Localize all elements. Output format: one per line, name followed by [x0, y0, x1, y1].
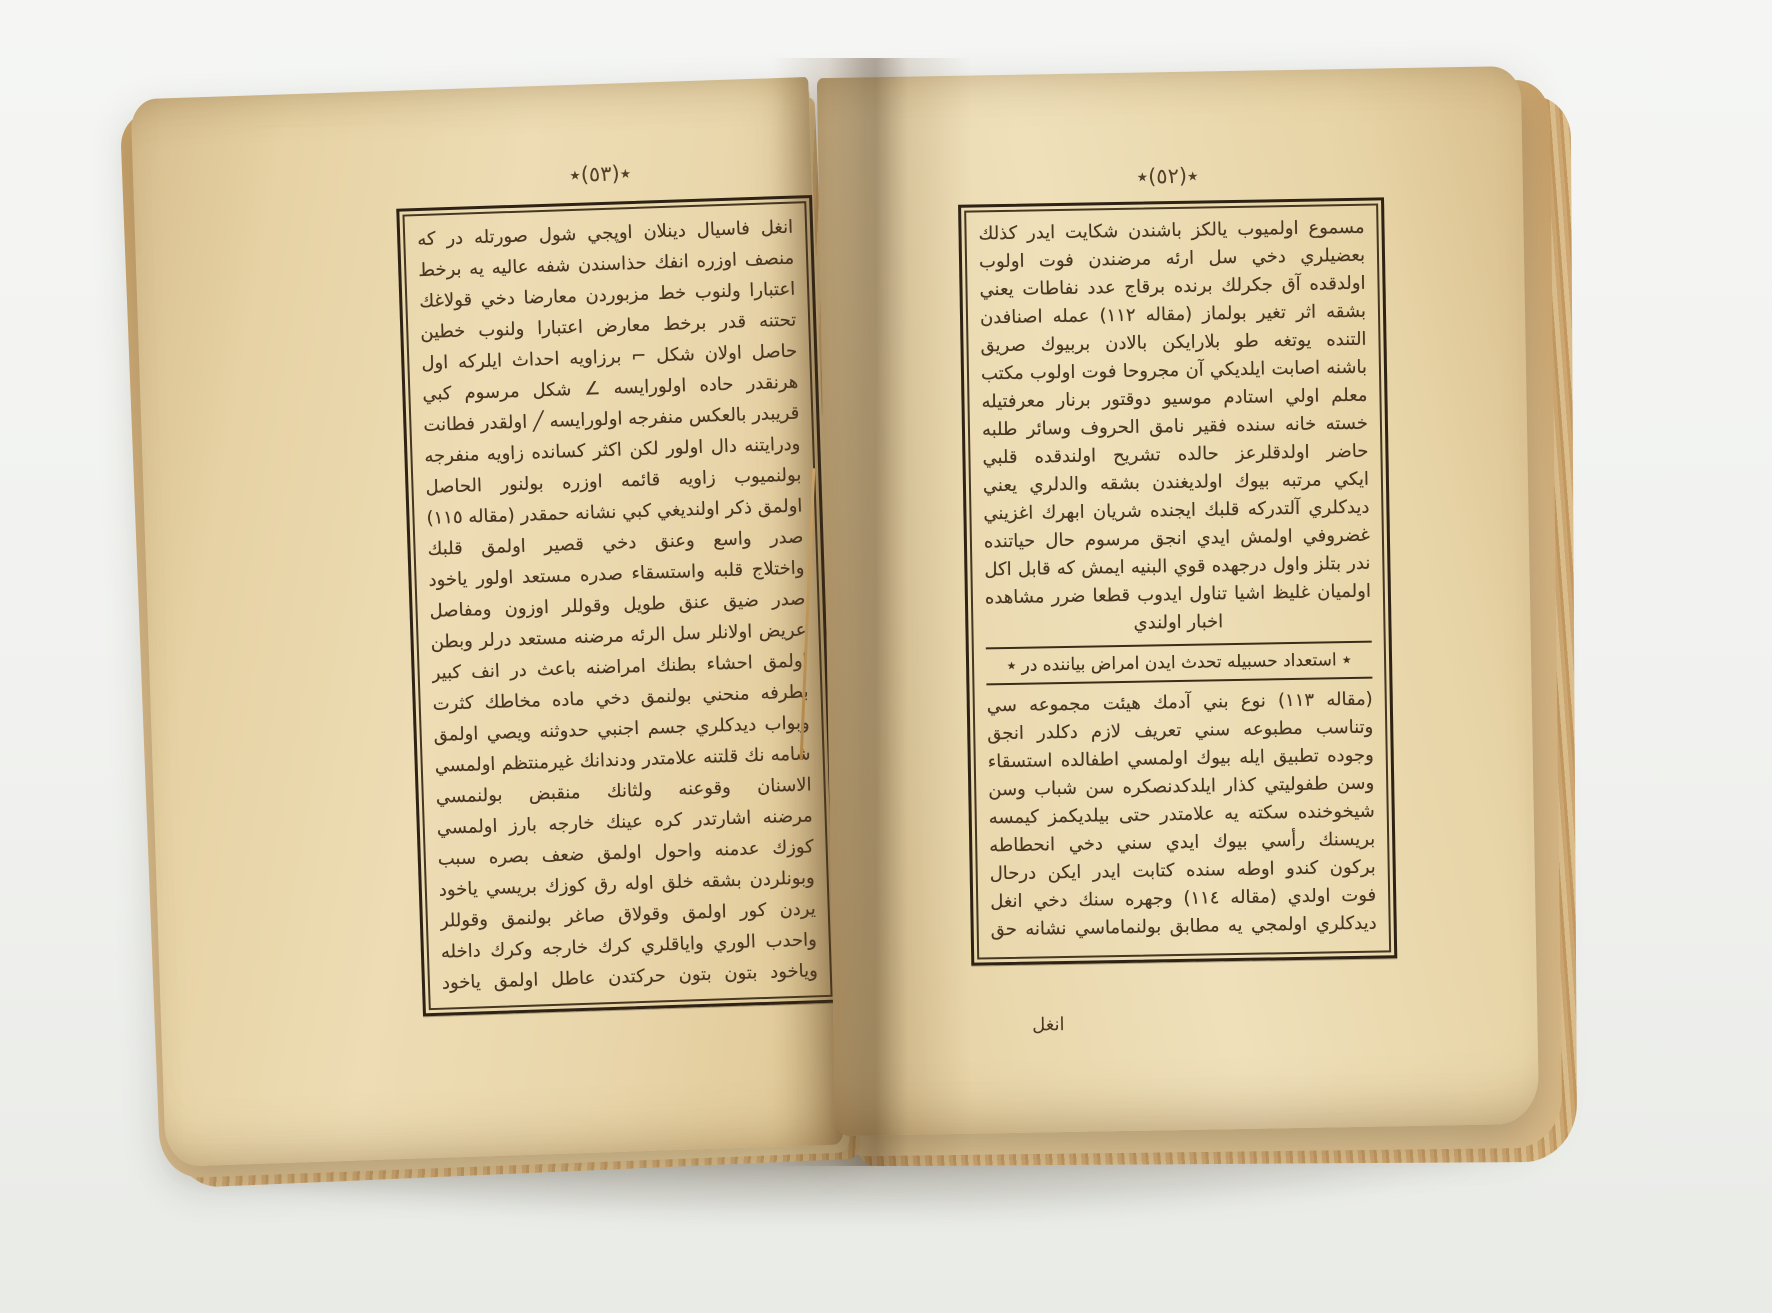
book: ٭(٥٣)٭ انغل فاسيال دينلان اوپجي شول صورت…: [0, 0, 1772, 1313]
catchword: انغل: [983, 1013, 1113, 1036]
left-page-number: ٭(٥٣)٭: [395, 155, 806, 193]
right-text-block: مسموع اولميوب يالكز باشندن شكايت ايدر كذ…: [964, 203, 1391, 959]
left-text-frame: انغل فاسيال دينلان اوپجي شول صورتله در ك…: [396, 195, 839, 1016]
right-text-frame: مسموع اولميوب يالكز باشندن شكايت ايدر كذ…: [958, 197, 1397, 965]
right-page: ٭(٥٢)٭ مسموع اولميوب يالكز باشندن شكايت …: [817, 66, 1539, 1136]
left-page: ٭(٥٣)٭ انغل فاسيال دينلان اوپجي شول صورت…: [130, 77, 843, 1167]
section-heading: ٭ استعداد حسبيله تحدث ايدن امراض بياننده…: [986, 641, 1373, 686]
text-line: ديدكلري اولمجي يه مطابق بولنماماسي نشانه…: [990, 910, 1376, 945]
right-page-number: ٭(٥٢)٭: [957, 160, 1377, 191]
right-text-top-section: مسموع اولميوب يالكز باشندن شكايت ايدر كذ…: [978, 214, 1371, 641]
left-text-block: انغل فاسيال دينلان اوپجي شول صورتله در ك…: [402, 201, 832, 1010]
right-text-bottom-section: (مقاله ١١٣) نوع بني آدمك هيئت مجموعه سي …: [987, 686, 1377, 945]
photo-backdrop: ٭(٥٣)٭ انغل فاسيال دينلان اوپجي شول صورت…: [0, 0, 1772, 1313]
